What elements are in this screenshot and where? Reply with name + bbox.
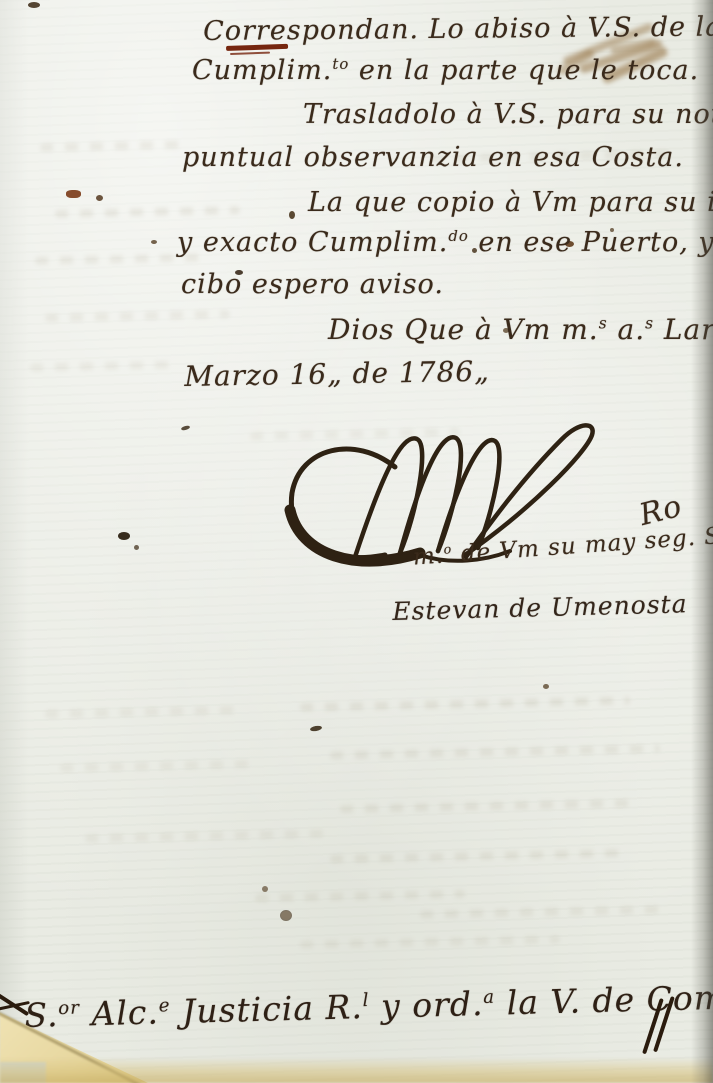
ink-spot: [262, 886, 268, 892]
manuscript-line-6: y exacto Cumplim.do en ese Puerto, y de …: [177, 227, 713, 258]
bottom-edge-discoloration: [0, 1057, 713, 1083]
manuscript-line-5: La que copio à Vm para su intelig: [308, 187, 713, 218]
manuscript-line-7: cibo espero aviso.: [181, 269, 444, 300]
bleed-through-line: [300, 935, 560, 948]
bleed-through-line: [30, 360, 180, 371]
signer-name: Estevan de Umenosta: [392, 589, 688, 626]
manuscript-line-4: puntual observanzia en esa Costa.: [182, 142, 684, 173]
ink-spot: [151, 240, 157, 244]
bleed-through-line: [45, 310, 230, 322]
bleed-through-line: [330, 849, 630, 863]
bleed-through-line: [255, 890, 465, 902]
bleed-through-line: [40, 140, 190, 151]
ink-spot: [96, 195, 103, 201]
ink-spot: [28, 2, 40, 8]
bleed-through-line: [85, 829, 325, 842]
bleed-through-line: [420, 905, 660, 918]
bleed-through-line: [45, 706, 245, 718]
manuscript-line-8: Dios Que à Vm m.s a.s Laredo: [328, 313, 713, 346]
page-gutter-shadow: [691, 0, 713, 1083]
bleed-through-line: [60, 760, 250, 772]
bleed-through-line: [300, 697, 630, 712]
ink-spot: [310, 725, 323, 732]
ink-spot: [289, 211, 295, 219]
ink-spot: [181, 425, 191, 431]
manuscript-page: Correspondan. Lo abiso à V.S. de la de S…: [0, 0, 713, 1083]
ink-spot: [280, 910, 292, 921]
footer-address: S.or Alc.e Justicia R.l y ord.a la V. de…: [24, 976, 713, 1035]
manuscript-line-9: Marzo 16„ de 1786„: [184, 355, 490, 393]
ink-spot: [543, 684, 549, 689]
ink-spot: [134, 545, 139, 550]
bleed-through-line: [330, 745, 660, 760]
ink-spot: [118, 532, 130, 540]
manuscript-line-2: Cumplim.to en la parte que le toca.: [192, 55, 699, 86]
manuscript-line-1: Correspondan. Lo abiso à V.S. de la de S…: [203, 10, 713, 47]
bleed-through-line: [55, 206, 240, 218]
bleed-through-line: [340, 799, 640, 813]
manuscript-line-3: Trasladolo à V.S. para su noticia, y: [303, 99, 713, 130]
ink-spot: [66, 190, 81, 198]
